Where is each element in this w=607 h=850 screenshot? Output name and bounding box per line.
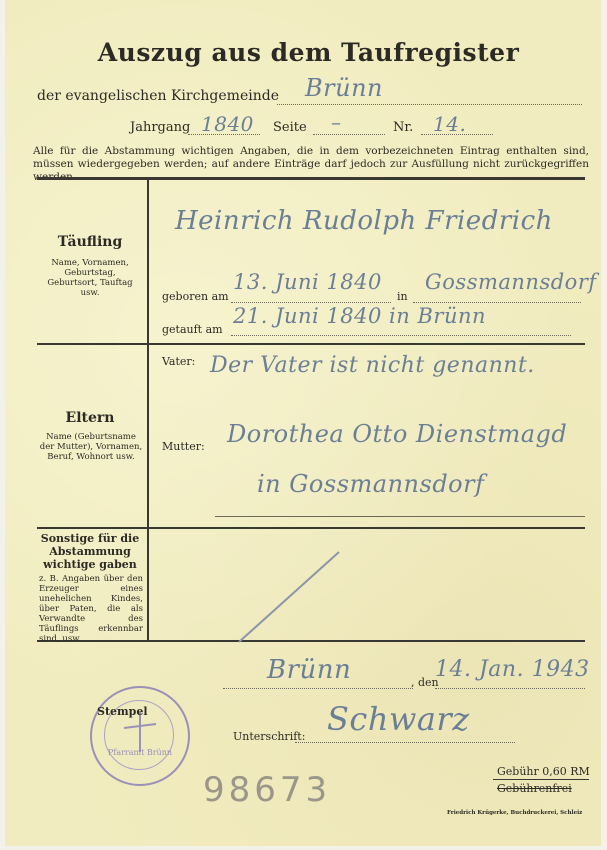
year-label: Jahrgang bbox=[130, 120, 190, 135]
parish-label: der evangelischen Kirchgemeinde bbox=[37, 88, 279, 104]
table-top-rule bbox=[37, 177, 585, 180]
number-value: 14. bbox=[433, 112, 466, 136]
signature-value: Schwarz bbox=[327, 700, 470, 738]
born-place-value: Gossmannsdorf bbox=[425, 270, 597, 294]
parents-hint: Name (Geburtsname der Mutter), Vornamen,… bbox=[39, 432, 143, 462]
signature-dotted-line bbox=[295, 742, 515, 743]
page-value: – bbox=[331, 110, 342, 134]
stamp-center-text: Pfarramt Brünn bbox=[92, 748, 188, 757]
mother-value-line1: Dorothea Otto Dienstmagd bbox=[227, 420, 567, 448]
place-dotted-line bbox=[223, 688, 413, 689]
baptized-heading: Täufling bbox=[35, 234, 145, 250]
fee-divider bbox=[493, 779, 589, 780]
table-rule-3 bbox=[37, 527, 585, 529]
place-value: Brünn bbox=[267, 655, 351, 685]
strike-through-line-icon bbox=[235, 548, 345, 644]
born-label: geboren am bbox=[162, 290, 229, 303]
baptized-dotted-line bbox=[231, 335, 571, 336]
baptized-label: getauft am bbox=[162, 323, 223, 336]
mother-value-line2: in Gossmannsdorf bbox=[257, 470, 484, 498]
year-value: 1840 bbox=[201, 112, 254, 136]
date-dotted-line bbox=[435, 688, 585, 689]
mother-label: Mutter: bbox=[162, 440, 205, 453]
other-heading: Sonstige für die Abstammung wichtige gab… bbox=[37, 532, 143, 571]
fee-free-text: Gebührenfrei bbox=[497, 782, 572, 795]
baptized-value: 21. Juni 1840 in Brünn bbox=[233, 304, 486, 328]
baptized-name-value: Heinrich Rudolph Friedrich bbox=[175, 206, 553, 236]
born-date-value: 13. Juni 1840 bbox=[233, 270, 382, 294]
archive-number: 98673 bbox=[203, 770, 331, 810]
born-place-dotted-line bbox=[413, 302, 581, 303]
table-rule-2 bbox=[37, 343, 585, 345]
printer-credit: Friedrich Krügerke, Buchdruckerei, Schle… bbox=[447, 810, 582, 816]
parish-stamp: Pfarramt Brünn bbox=[90, 686, 190, 786]
father-value: Der Vater ist nicht genannt. bbox=[210, 353, 535, 378]
table-column-divider bbox=[147, 179, 149, 641]
parents-heading: Eltern bbox=[35, 410, 145, 426]
document-page: Auszug aus dem Taufregister der evangeli… bbox=[5, 0, 601, 846]
fee-text: Gebühr 0,60 RM bbox=[497, 765, 590, 778]
date-value: 14. Jan. 1943 bbox=[435, 657, 590, 682]
other-hint: z. B. Angaben über den Erzeuger eines un… bbox=[39, 574, 143, 644]
document-title: Auszug aus dem Taufregister bbox=[5, 38, 607, 67]
page-dotted-line bbox=[313, 134, 385, 135]
born-date-dotted-line bbox=[231, 302, 391, 303]
baptized-hint: Name, Vornamen, Geburtstag, Geburtsort, … bbox=[39, 258, 141, 298]
mother-underline bbox=[215, 516, 585, 517]
born-in-label: in bbox=[397, 290, 408, 303]
number-label: Nr. bbox=[393, 120, 413, 135]
father-label: Vater: bbox=[162, 355, 195, 368]
parish-dotted-line bbox=[277, 104, 582, 105]
page-label: Seite bbox=[273, 120, 307, 135]
parish-value: Brünn bbox=[305, 74, 383, 102]
stamp-label: Stempel bbox=[97, 705, 148, 718]
